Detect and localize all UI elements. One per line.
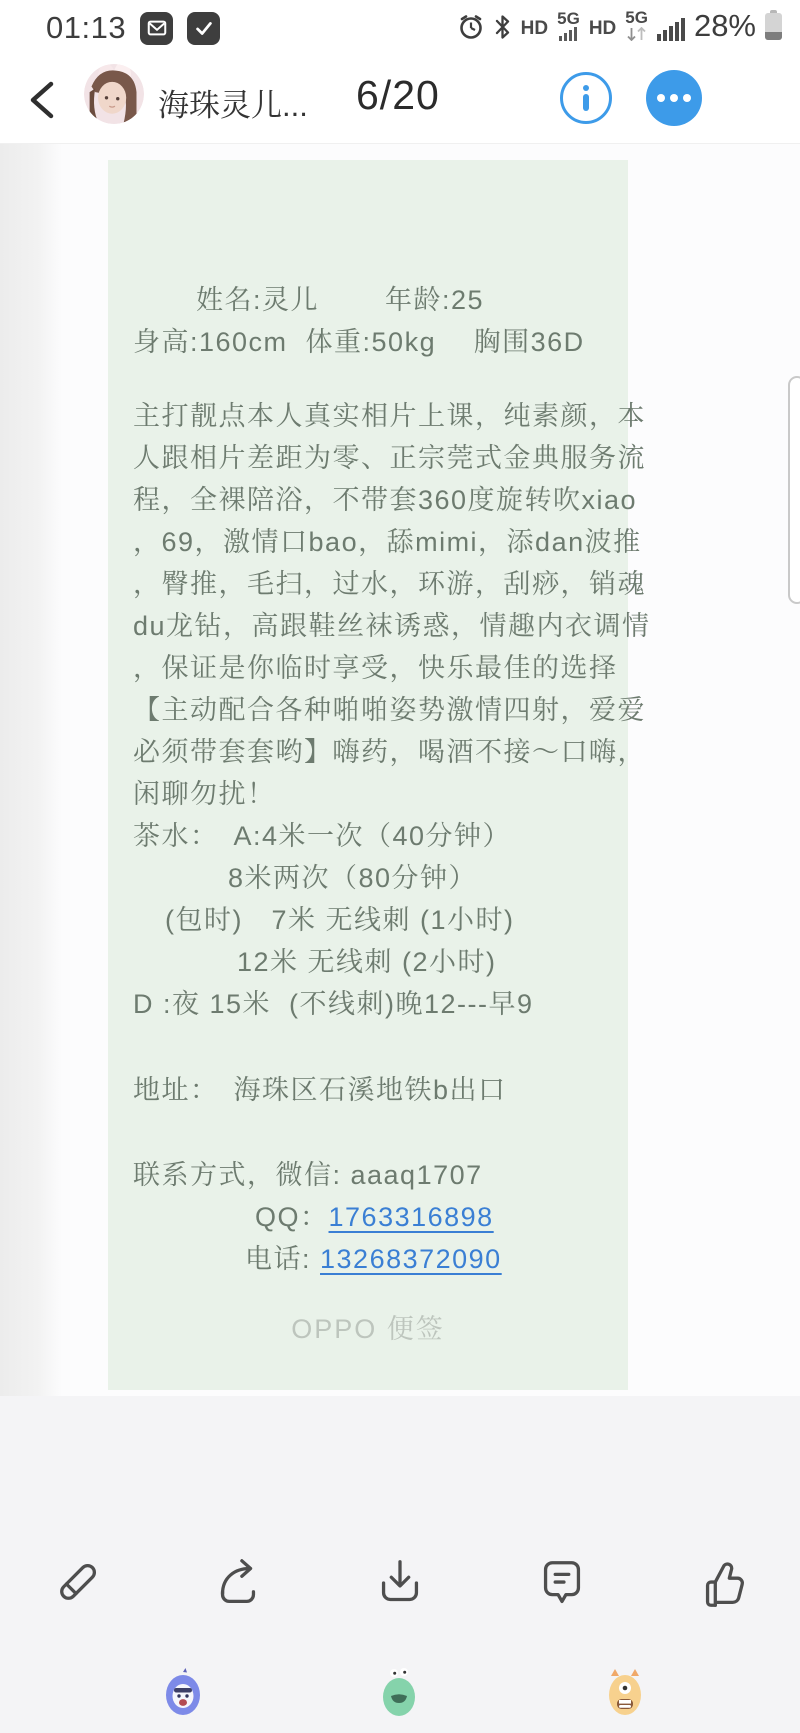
- status-bar: 01:13 HD 5G HD 5G: [0, 0, 800, 56]
- contact-title[interactable]: 海珠灵儿...: [158, 80, 308, 125]
- phone-label: 电话:: [245, 1244, 320, 1274]
- comment-icon: [533, 1555, 591, 1613]
- note-price-line: 茶水： A:4米一次（40分钟）: [108, 815, 628, 857]
- share-icon: [209, 1555, 267, 1613]
- edit-icon: [47, 1555, 105, 1613]
- comment-button[interactable]: [532, 1554, 592, 1614]
- qq-number-link[interactable]: 1763316898: [329, 1202, 494, 1232]
- oppo-notes-watermark: OPPO 便签: [108, 1308, 628, 1350]
- photo-viewer[interactable]: 姓名:灵儿 年龄:25 身高:160cm 体重:50kg 胸围36D 主打靓点本…: [0, 144, 800, 1396]
- blue-monster-sticker[interactable]: [159, 1666, 207, 1718]
- note-line: du龙钻，高跟鞋丝袜诱惑，情趣内衣调情: [108, 605, 628, 647]
- note-image: 姓名:灵儿 年龄:25 身高:160cm 体重:50kg 胸围36D 主打靓点本…: [108, 160, 628, 1390]
- qq-label: QQ：: [255, 1202, 329, 1232]
- back-icon: [25, 78, 59, 122]
- info-button[interactable]: [560, 72, 612, 124]
- note-price-line: 12米 无线刺 (2小时): [108, 941, 628, 983]
- note-address-line: 地址： 海珠区石溪地铁b出口: [108, 1069, 628, 1111]
- note-line: 程，全裸陪浴，不带套360度旋转吹xiao: [108, 479, 628, 521]
- like-icon: [695, 1555, 753, 1613]
- edge-panel-handle[interactable]: [788, 376, 800, 604]
- note-line: 身高:160cm 体重:50kg 胸围36D: [108, 321, 628, 363]
- battery-icon: [765, 10, 782, 40]
- contact-avatar[interactable]: [84, 64, 144, 124]
- sim1-5g-signal-icon: 5G: [557, 10, 580, 41]
- alarm-icon: [457, 13, 485, 41]
- note-price-line: (包时) 7米 无线刺 (1小时): [108, 899, 628, 941]
- download-icon: [371, 1555, 429, 1613]
- phone-number-link[interactable]: 13268372090: [320, 1244, 502, 1274]
- reaction-row: [0, 1666, 800, 1722]
- note-price-line: 8米两次（80分钟）: [108, 857, 628, 899]
- note-phone-line: 电话: 13268372090: [108, 1238, 628, 1280]
- note-line: 必须带套套哟】嗨药，喝酒不接～口嗨，: [108, 731, 628, 773]
- info-icon: [583, 85, 589, 91]
- viewer-header: 海珠灵儿... 6/20: [0, 56, 800, 144]
- back-button[interactable]: [18, 76, 66, 124]
- sim2-5g-signal-icon: 5G: [625, 9, 648, 41]
- previous-photo-edge: [0, 144, 62, 1396]
- note-wechat-line: 联系方式，微信: aaaq1707: [108, 1154, 628, 1196]
- note-price-line: D :夜 15米 (不线刺)晚12---早9: [108, 983, 628, 1025]
- more-icon: [657, 94, 665, 102]
- bottom-toolbar: [0, 1396, 800, 1733]
- download-button[interactable]: [370, 1554, 430, 1614]
- edit-button[interactable]: [46, 1554, 106, 1614]
- more-button[interactable]: [646, 70, 702, 126]
- note-line: 闲聊勿扰！: [108, 773, 628, 815]
- hd-voice-badge-1: HD: [521, 19, 548, 38]
- battery-percentage: 28%: [694, 8, 756, 44]
- photo-counter: 6/20: [356, 72, 440, 119]
- note-qq-line: QQ：1763316898: [108, 1196, 628, 1238]
- clock-time: 01:13: [46, 10, 126, 46]
- like-button[interactable]: [694, 1554, 754, 1614]
- bluetooth-icon: [494, 13, 512, 41]
- note-line: ，保证是你临时享受，快乐最佳的选择: [108, 647, 628, 689]
- yellow-monster-sticker[interactable]: [601, 1666, 649, 1718]
- share-button[interactable]: [208, 1554, 268, 1614]
- note-line: 主打靓点本人真实相片上课，纯素颜，本: [108, 395, 628, 437]
- note-line: ，臀推，毛扫，过水，环游，刮痧，销魂: [108, 563, 628, 605]
- check-notification-icon: [187, 12, 220, 45]
- signal-bars-icon: [657, 18, 685, 41]
- note-line: 姓名:灵儿 年龄:25: [108, 279, 628, 321]
- green-monster-sticker[interactable]: [376, 1666, 424, 1718]
- note-line: 【主动配合各种啪啪姿势激情四射，爱爱: [108, 689, 628, 731]
- note-line: ，69，激情口bao，舔mimi，添dan波推: [108, 521, 628, 563]
- note-line: 人跟相片差距为零、正宗莞式金典服务流: [108, 437, 628, 479]
- hd-voice-badge-2: HD: [589, 19, 616, 38]
- message-notification-icon: [140, 12, 173, 45]
